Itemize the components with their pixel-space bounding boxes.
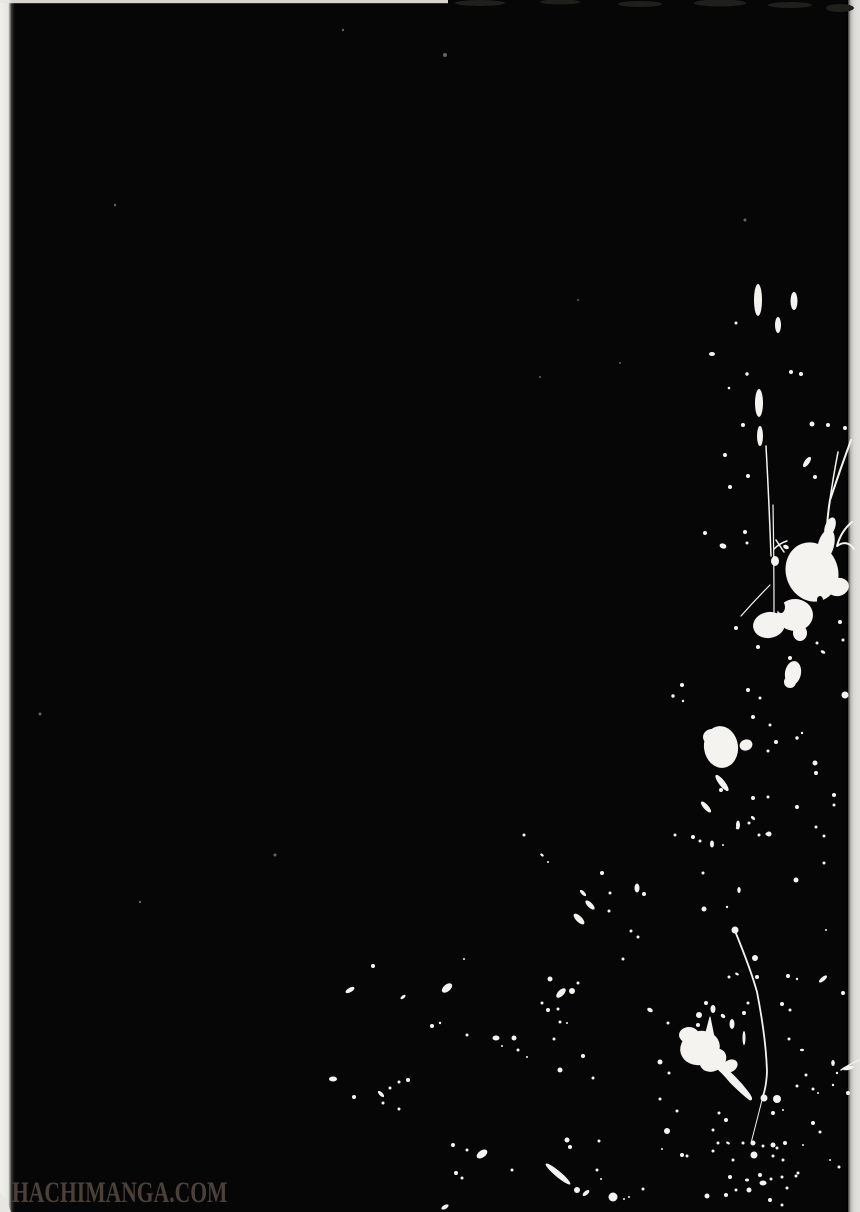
manga-page-scan: HACHIMANGA.COM <box>0 0 860 1212</box>
top-paper-edge <box>0 0 448 3</box>
page-background <box>0 0 860 1212</box>
splatter-artwork-svg <box>0 0 860 1212</box>
left-paper-edge <box>0 0 15 1212</box>
site-watermark: HACHIMANGA.COM <box>12 1178 227 1208</box>
right-paper-edge <box>845 0 860 1212</box>
